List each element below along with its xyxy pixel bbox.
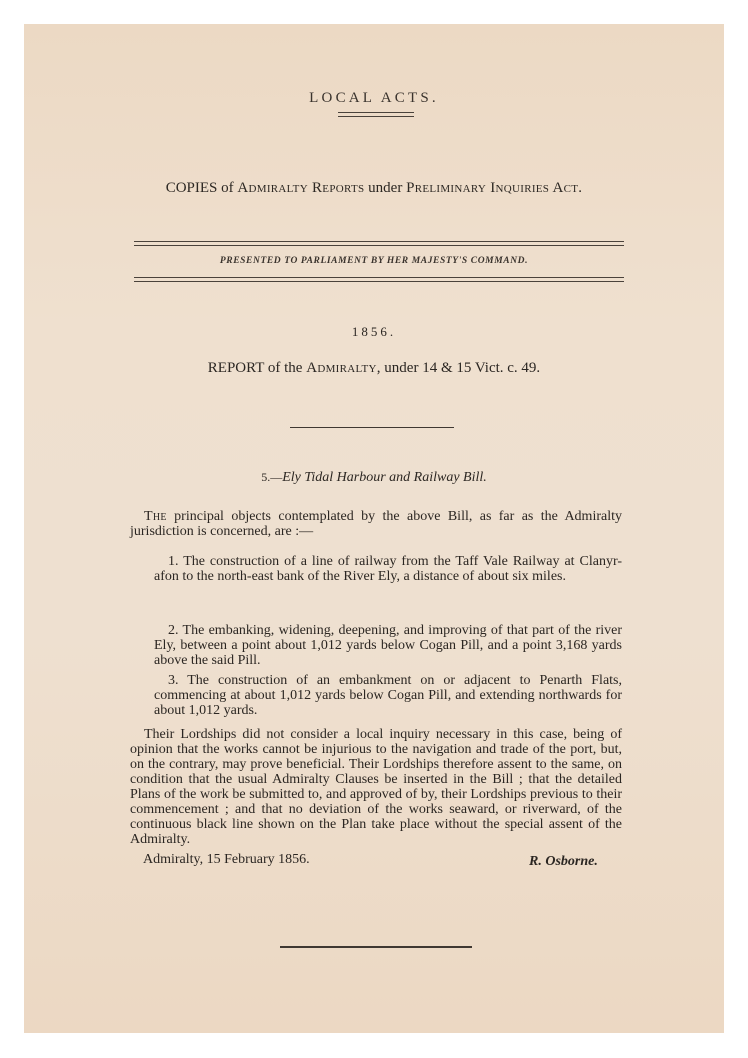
document-page: LOCAL ACTS. COPIES of Admiralty Reports … [24, 24, 724, 1033]
bill-number: 5.— [261, 470, 282, 484]
intro-paragraph: The principal objects contemplated by th… [130, 509, 622, 539]
presented-line: PRESENTED TO PARLIAMENT BY HER MAJESTY'S… [24, 256, 724, 266]
list-item: 1. The construction of a line of railway… [154, 554, 622, 584]
bill-name: Ely Tidal Harbour and Railway Bill. [282, 470, 487, 485]
report-year: 1856. [24, 324, 724, 340]
intro-lead: The [144, 509, 167, 524]
title-underline-rule [338, 112, 414, 117]
collection-title-under: under [364, 180, 406, 196]
date-line: Admiralty, 15 February 1856. [143, 852, 310, 868]
collection-title-act: Preliminary Inquiries Act. [406, 180, 582, 196]
section-divider-rule [290, 427, 454, 428]
bill-title: 5.—Ely Tidal Harbour and Railway Bill. [24, 470, 724, 486]
collection-title: COPIES of Admiralty Reports under Prelim… [24, 180, 724, 197]
series-title: LOCAL ACTS. [24, 90, 724, 107]
report-title-rest: , under 14 & 15 Vict. c. 49. [377, 360, 540, 376]
report-title: REPORT of the Admiralty, under 14 & 15 V… [24, 360, 724, 377]
collection-title-of: of [217, 180, 237, 196]
list-item: 2. The embanking, widening, deepening, a… [154, 623, 622, 668]
main-paragraph: Their Lordships did not consider a local… [130, 727, 622, 847]
report-title-admiralty: Admiralty [306, 360, 377, 376]
intro-text: principal objects contemplated by the ab… [130, 509, 622, 539]
presented-top-rule [134, 241, 624, 246]
signature: R. Osborne. [529, 854, 598, 870]
report-title-lead: REPORT of the [208, 360, 306, 376]
closing-rule [280, 946, 472, 948]
collection-title-admiralty-reports: Admiralty Reports [237, 180, 364, 196]
presented-bottom-rule [134, 277, 624, 282]
collection-title-lead: COPIES [166, 180, 218, 196]
list-item: 3. The construction of an embankment on … [154, 673, 622, 718]
